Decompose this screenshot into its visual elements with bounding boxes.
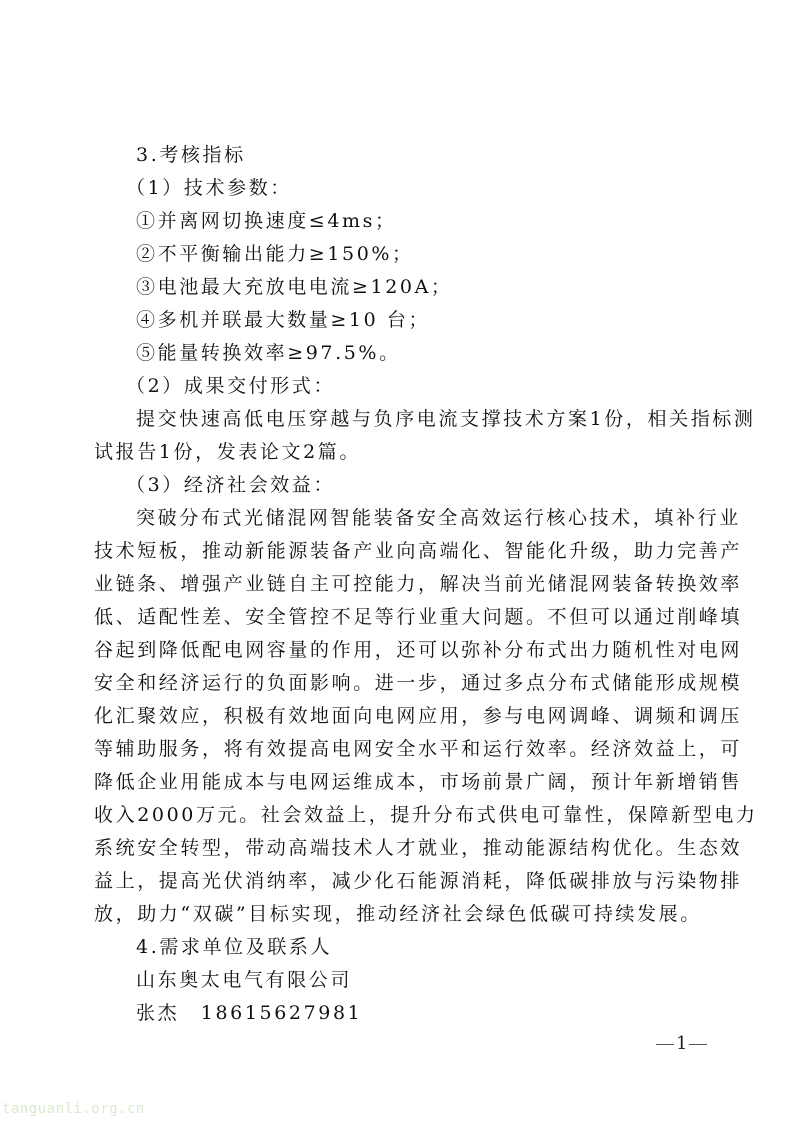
deliverables-text: 提交快速高低电压穿越与负序电流支撑技术方案1份，相关指标测 bbox=[136, 406, 704, 432]
benefits-text: 业链条、增强产业链自主可控能力，解决当前光储混网装备转换效率 bbox=[94, 571, 704, 597]
page-number: 1 bbox=[654, 1033, 709, 1055]
section-4-heading: 4.需求单位及联系人 bbox=[136, 934, 704, 960]
benefits-text: 突破分布式光储混网智能装备安全高效运行核心技术，填补行业 bbox=[136, 505, 704, 531]
section-3-heading: 3.考核指标 bbox=[136, 142, 704, 168]
tech-param-item: ①并离网切换速度≤4ms； bbox=[136, 208, 704, 234]
sub2-heading: （2）成果交付形式： bbox=[126, 373, 736, 399]
benefits-text: 低、适配性差、安全管控不足等行业重大问题。不但可以通过削峰填 bbox=[94, 604, 704, 630]
sub1-heading: （1）技术参数： bbox=[126, 175, 736, 201]
tech-param-item: ③电池最大充放电电流≥120A； bbox=[136, 274, 704, 300]
watermark: tanguanli.org.cn bbox=[2, 1101, 145, 1117]
benefits-text: 安全和经济运行的负面影响。进一步，通过多点分布式储能形成规模 bbox=[94, 670, 704, 696]
benefits-text: 等辅助服务，将有效提高电网安全水平和运行效率。经济效益上，可 bbox=[94, 736, 704, 762]
tech-param-item: ④多机并联最大数量≥10 台； bbox=[136, 307, 704, 333]
benefits-text: 系统安全转型，带动高端技术人才就业，推动能源结构优化。生态效 bbox=[94, 835, 704, 861]
dash-left bbox=[656, 1044, 674, 1045]
benefits-text: 放，助力“双碳”目标实现，推动经济社会绿色低碳可持续发展。 bbox=[94, 901, 704, 927]
document-page: 3.考核指标 （1）技术参数： ①并离网切换速度≤4ms； ②不平衡输出能力≥1… bbox=[0, 0, 793, 1122]
benefits-text: 化汇聚效应，积极有效地面向电网应用，参与电网调峰、调频和调压 bbox=[94, 703, 704, 729]
sub3-heading: （3）经济社会效益： bbox=[126, 472, 736, 498]
benefits-text: 谷起到降低配电网容量的作用，还可以弥补分布式出力随机性对电网 bbox=[94, 637, 704, 663]
tech-param-item: ⑤能量转换效率≥97.5%。 bbox=[136, 340, 704, 366]
benefits-text: 技术短板，推动新能源装备产业向高端化、智能化升级，助力完善产 bbox=[94, 538, 704, 564]
benefits-text: 降低企业用能成本与电网运维成本，市场前景广阔，预计年新增销售 bbox=[94, 769, 704, 795]
page-number-value: 1 bbox=[676, 1033, 687, 1054]
deliverables-text: 试报告1份，发表论文2篇。 bbox=[94, 439, 704, 465]
benefits-text: 收入2000万元。社会效益上，提升分布式供电可靠性，保障新型电力 bbox=[94, 802, 704, 828]
benefits-text: 益上，提高光伏消纳率，减少化石能源消耗，降低碳排放与污染物排 bbox=[94, 868, 704, 894]
company-name: 山东奥太电气有限公司 bbox=[136, 967, 704, 993]
dash-right bbox=[689, 1044, 707, 1045]
tech-param-item: ②不平衡输出能力≥150%； bbox=[136, 241, 704, 267]
contact-info: 张杰 18615627981 bbox=[136, 1000, 704, 1026]
